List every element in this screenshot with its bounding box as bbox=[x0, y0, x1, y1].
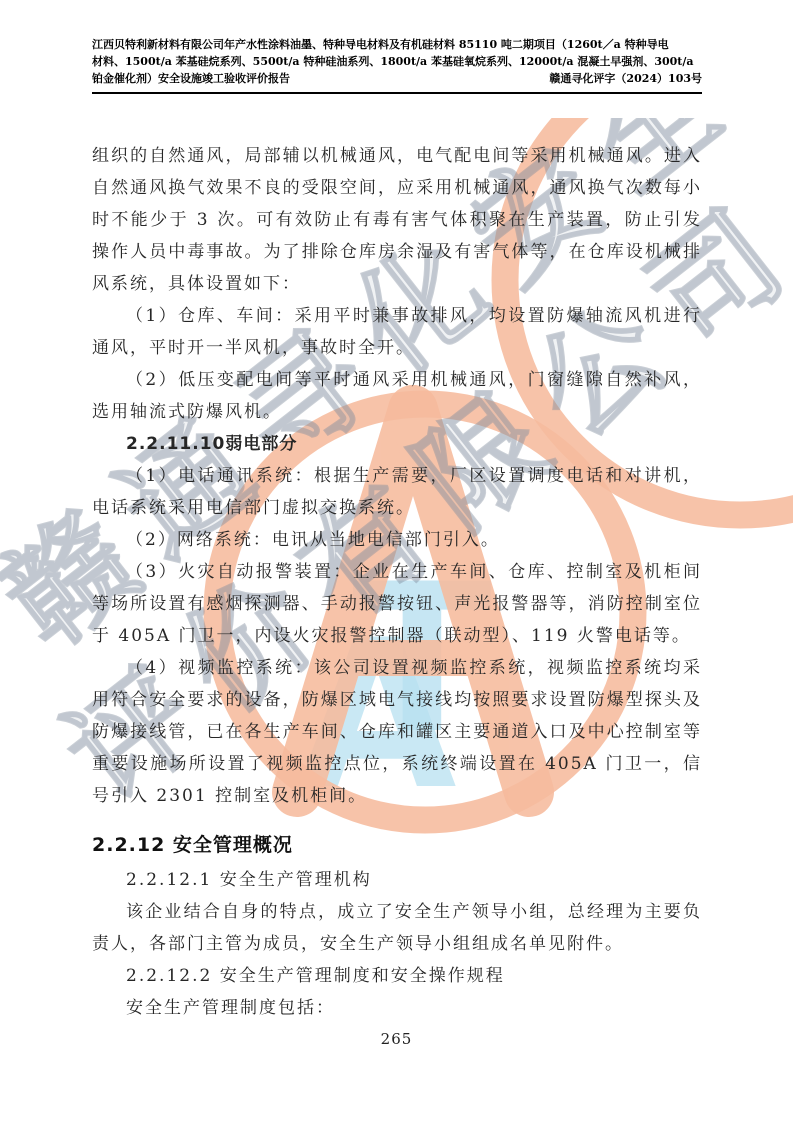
body-paragraph: （1）电话通讯系统：根据生产需要，厂区设置调度电话和对讲机，电话系统采用电信部门… bbox=[92, 460, 702, 524]
header-title-line-3: 铂金催化剂）安全设施竣工验收评价报告 bbox=[92, 70, 290, 87]
page-number: 265 bbox=[381, 1030, 413, 1048]
body-paragraph: （2）低压变配电间等平时通风采用机械通风，门窗缝隙自然补风，选用轴流式防爆风机。 bbox=[92, 364, 702, 428]
body-subheading: 2.2.12.2 安全生产管理制度和安全操作规程 bbox=[92, 960, 702, 992]
header-title-line-1: 江西贝特利新材料有限公司年产水性涂料油墨、特种导电材料及有机硅材料 85110 … bbox=[92, 36, 702, 53]
body-paragraph: （1）仓库、车间：采用平时兼事故排风，均设置防爆轴流风机进行通风，平时开一半风机… bbox=[92, 300, 702, 364]
section-heading-safety-management: 2.2.12 安全管理概况 bbox=[92, 828, 702, 862]
section-heading-weak-current: 2.2.11.10弱电部分 bbox=[92, 428, 702, 460]
page-content: 江西贝特利新材料有限公司年产水性涂料油墨、特种导电材料及有机硅材料 85110 … bbox=[0, 0, 793, 1122]
body-paragraph: 组织的自然通风，局部辅以机械通风，电气配电间等采用机械通风。进入自然通风换气效果… bbox=[92, 140, 702, 300]
body-paragraph: 安全生产管理制度包括： bbox=[92, 992, 702, 1024]
header-doc-number: 赣通寻化评字（2024）103号 bbox=[549, 70, 702, 87]
body-paragraph: （4）视频监控系统：该公司设置视频监控系统，视频监控系统均采用符合安全要求的设备… bbox=[92, 652, 702, 812]
body-paragraph: （3）火灾自动报警装置：企业在生产车间、仓库、控制室及机柜间等场所设置有感烟探测… bbox=[92, 556, 702, 652]
document-page: T A 赣通寻化安全 评价有限公司 江西贝特利新材料有限公司年产水性涂料油墨、特… bbox=[0, 0, 793, 1122]
body-paragraph: 该企业结合自身的特点，成立了安全生产领导小组，总经理为主要负责人，各部门主管为成… bbox=[92, 896, 702, 960]
body-subheading: 2.2.12.1 安全生产管理机构 bbox=[92, 864, 702, 896]
body-text: 组织的自然通风，局部辅以机械通风，电气配电间等采用机械通风。进入自然通风换气效果… bbox=[92, 140, 702, 1024]
body-paragraph: （2）网络系统：电讯从当地电信部门引入。 bbox=[92, 524, 702, 556]
header-title-line-2: 材料、1500t/a 苯基硅烷系列、5500t/a 特种硅油系列、1800t/a… bbox=[92, 53, 702, 70]
page-header: 江西贝特利新材料有限公司年产水性涂料油墨、特种导电材料及有机硅材料 85110 … bbox=[92, 36, 702, 94]
page-footer: 265 bbox=[0, 1030, 793, 1048]
